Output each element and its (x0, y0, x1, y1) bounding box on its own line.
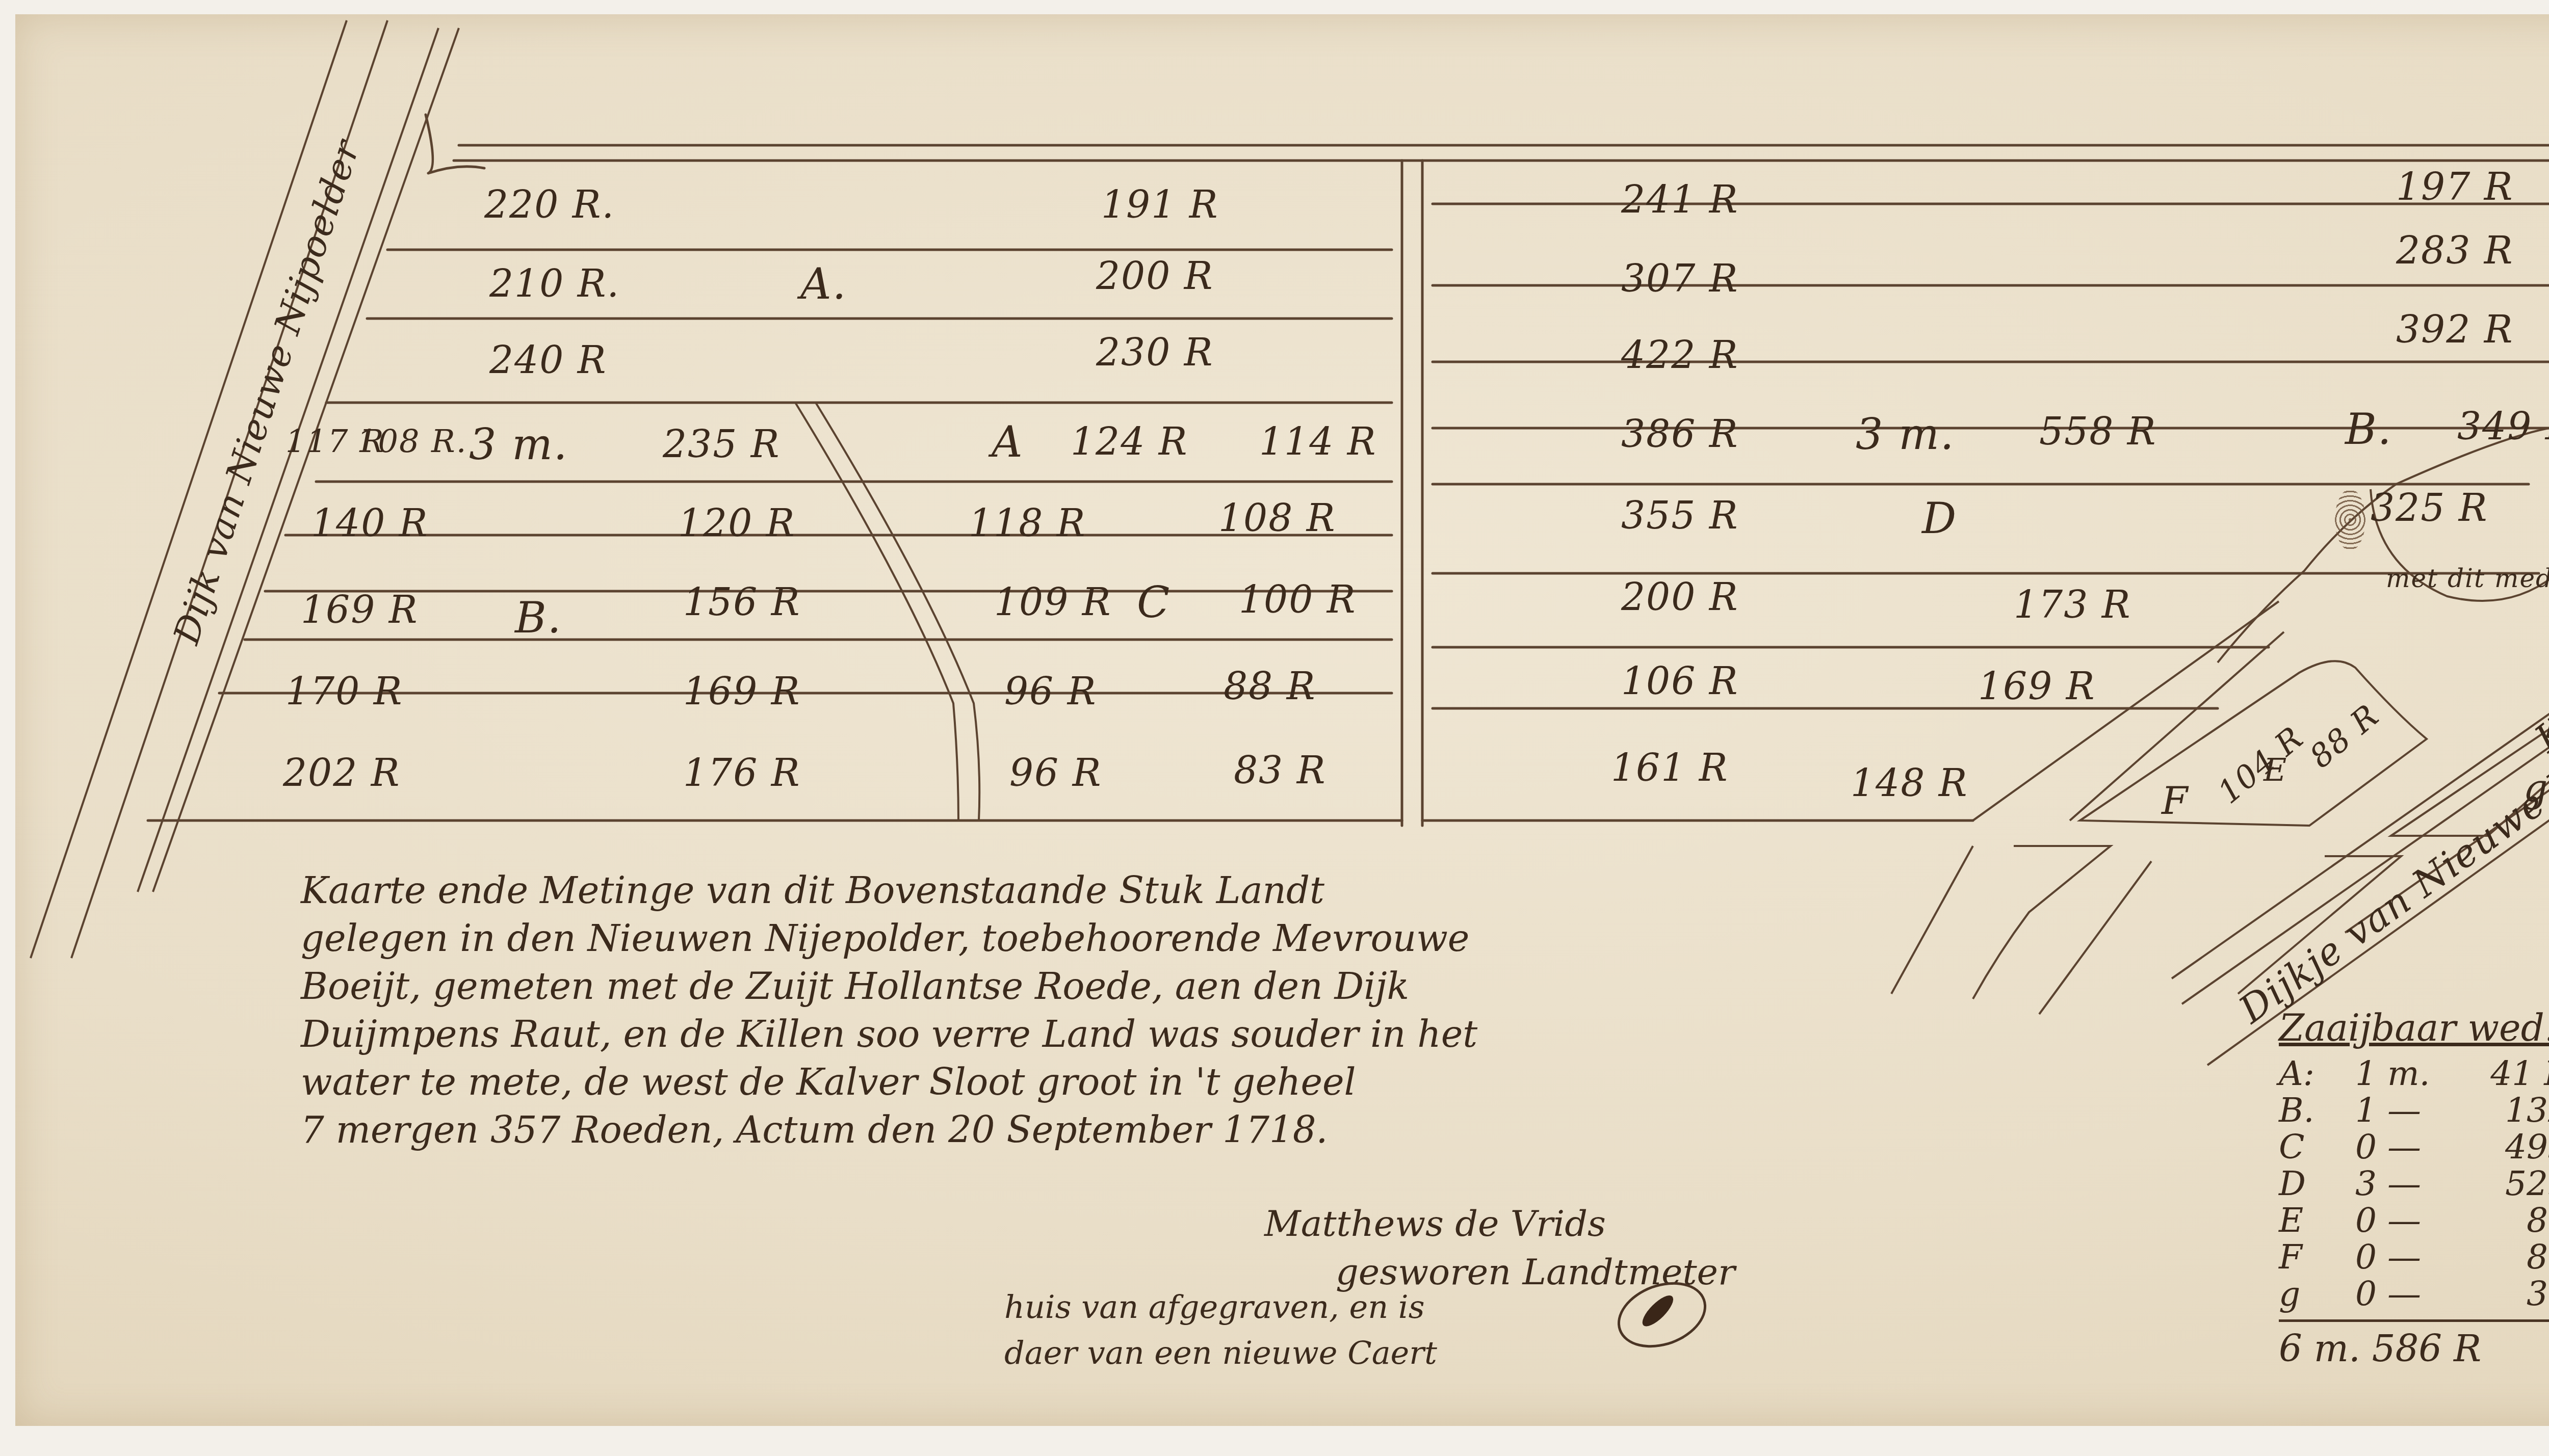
cartouche-line: Boeijt, gemeten met de Zuijt Hollantse R… (301, 962, 1932, 1010)
cartouche-line: gelegen in den Nieuwen Nijepolder, toebe… (301, 914, 1932, 962)
cartouche-text: Kaarte ende Metinge van dit Bovenstaande… (301, 866, 1932, 1154)
parcel-letter-c: C (1137, 581, 1171, 624)
parcel-value: 161 R (1611, 749, 1728, 787)
parcel-total-morgen: 3 m. (469, 423, 568, 466)
parcel-value: 156 R (683, 584, 800, 621)
table-row: B.1 —132 (2279, 1092, 2549, 1129)
parcel-value: 100 R (1239, 581, 1356, 619)
parcel-value: 241 R (1621, 181, 1738, 219)
parcel-value: 325 R (2371, 489, 2488, 527)
parcel-value: 140 R (311, 505, 428, 542)
parcel-value: 120 R (678, 505, 795, 542)
table-row: E0 —89 (2279, 1202, 2549, 1239)
footnote-line: huis van afgegraven, en is (1004, 1284, 1437, 1330)
parcel-value: 169 R (1978, 668, 2095, 705)
table-row: D3 —525 (2279, 1166, 2549, 1202)
parcel-value: 108 R. (357, 426, 467, 457)
pond-icon (2335, 489, 2365, 550)
table-row: F0 —88 (2279, 1239, 2549, 1276)
parcel-value: 240 R (489, 341, 607, 379)
cartouche-line: Kaarte ende Metinge van dit Bovenstaande… (301, 866, 1932, 914)
parcel-value: 109 R (994, 584, 1111, 621)
parcel-value: 197 R (2396, 168, 2513, 206)
parcel-total-morgen: 3 m. (1856, 413, 1955, 456)
parcel-value: 283 R (2396, 232, 2513, 270)
parcel-letter-e: E (2264, 754, 2287, 786)
footnote-line: daer van een nieuwe Caert (1004, 1330, 1437, 1376)
parcel-value: 173 R (2014, 586, 2131, 624)
parcel-value: 349 R (2457, 408, 2549, 445)
parcel-letter-a-lower: A (992, 420, 1024, 463)
parcel-value: 148 R (1851, 764, 1968, 802)
parcel-value: 96 R (1004, 673, 1097, 710)
meadow-note: met dit mede (2386, 566, 2549, 591)
parcel-value: 355 R (1621, 497, 1738, 535)
summary-title: Zaaijbaar wed. (2279, 1007, 2549, 1049)
parcel-total-roeden: 235 R (663, 426, 780, 463)
parcel-value: 118 R (969, 505, 1086, 542)
summary-zaaijbaar-table: Zaaijbaar wed. A:1 m.41 R B.1 —132 C0 —4… (2279, 1007, 2549, 1370)
surveyor-name: Matthews de Vrids (1264, 1203, 1606, 1245)
parcel-value: 200 R (1621, 578, 1738, 616)
cartouche-line: 7 mergen 357 Roeden, Actum den 20 Septem… (301, 1106, 1932, 1154)
table-row: g0 —36 (2279, 1276, 2549, 1312)
parcel-total-roeden: 558 R (2039, 413, 2156, 451)
parcel-value: 307 R (1621, 260, 1738, 298)
parcel-value: 88 R (1224, 668, 1316, 705)
parcel-letter-b-right: B. (2345, 408, 2392, 451)
footnote: huis van afgegraven, en is daer van een … (1004, 1284, 1437, 1376)
parcel-value: 210 R. (489, 265, 620, 303)
parcel-value: 176 R (683, 754, 800, 792)
parcel-value: 220 R. (484, 186, 615, 224)
parcel-value: 108 R (1218, 499, 1336, 537)
parcel-value: 114 R (1259, 423, 1376, 461)
parcel-letter-d: D (1922, 497, 1957, 540)
cartouche-line: Duijmpens Raut, en de Killen soo verre L… (301, 1010, 1932, 1058)
parcel-value: 106 R (1621, 663, 1738, 700)
cartouche-line: water te mete, de west de Kalver Sloot g… (301, 1058, 1932, 1106)
table-row: A:1 m.41 R (2279, 1055, 2549, 1092)
parcel-value: 202 R (283, 754, 400, 792)
parcel-value: 124 R (1071, 423, 1188, 461)
table-row: C0 —493 (2279, 1129, 2549, 1166)
parcel-value: 230 R (1096, 334, 1213, 372)
parcel-value: 96 R (1009, 754, 1102, 792)
parcel-value: 422 R (1621, 336, 1738, 374)
parcel-value: 170 R (285, 673, 403, 710)
parcel-value: 83 R (1234, 752, 1326, 789)
parcel-value: 169 R (301, 591, 418, 629)
summary-total: 6 m. 586 R (2279, 1319, 2549, 1370)
parcel-letter-b: B. (515, 596, 562, 639)
parcel-value: 169 R (683, 673, 800, 710)
parcel-value: 386 R (1621, 415, 1738, 453)
parcel-value: 392 R (2396, 311, 2513, 349)
parcel-value: 191 R (1101, 186, 1218, 224)
parcel-letter-a: A. (800, 262, 847, 305)
parcel-letter-f: F (2162, 782, 2189, 820)
parcel-value: 200 R (1096, 257, 1213, 295)
